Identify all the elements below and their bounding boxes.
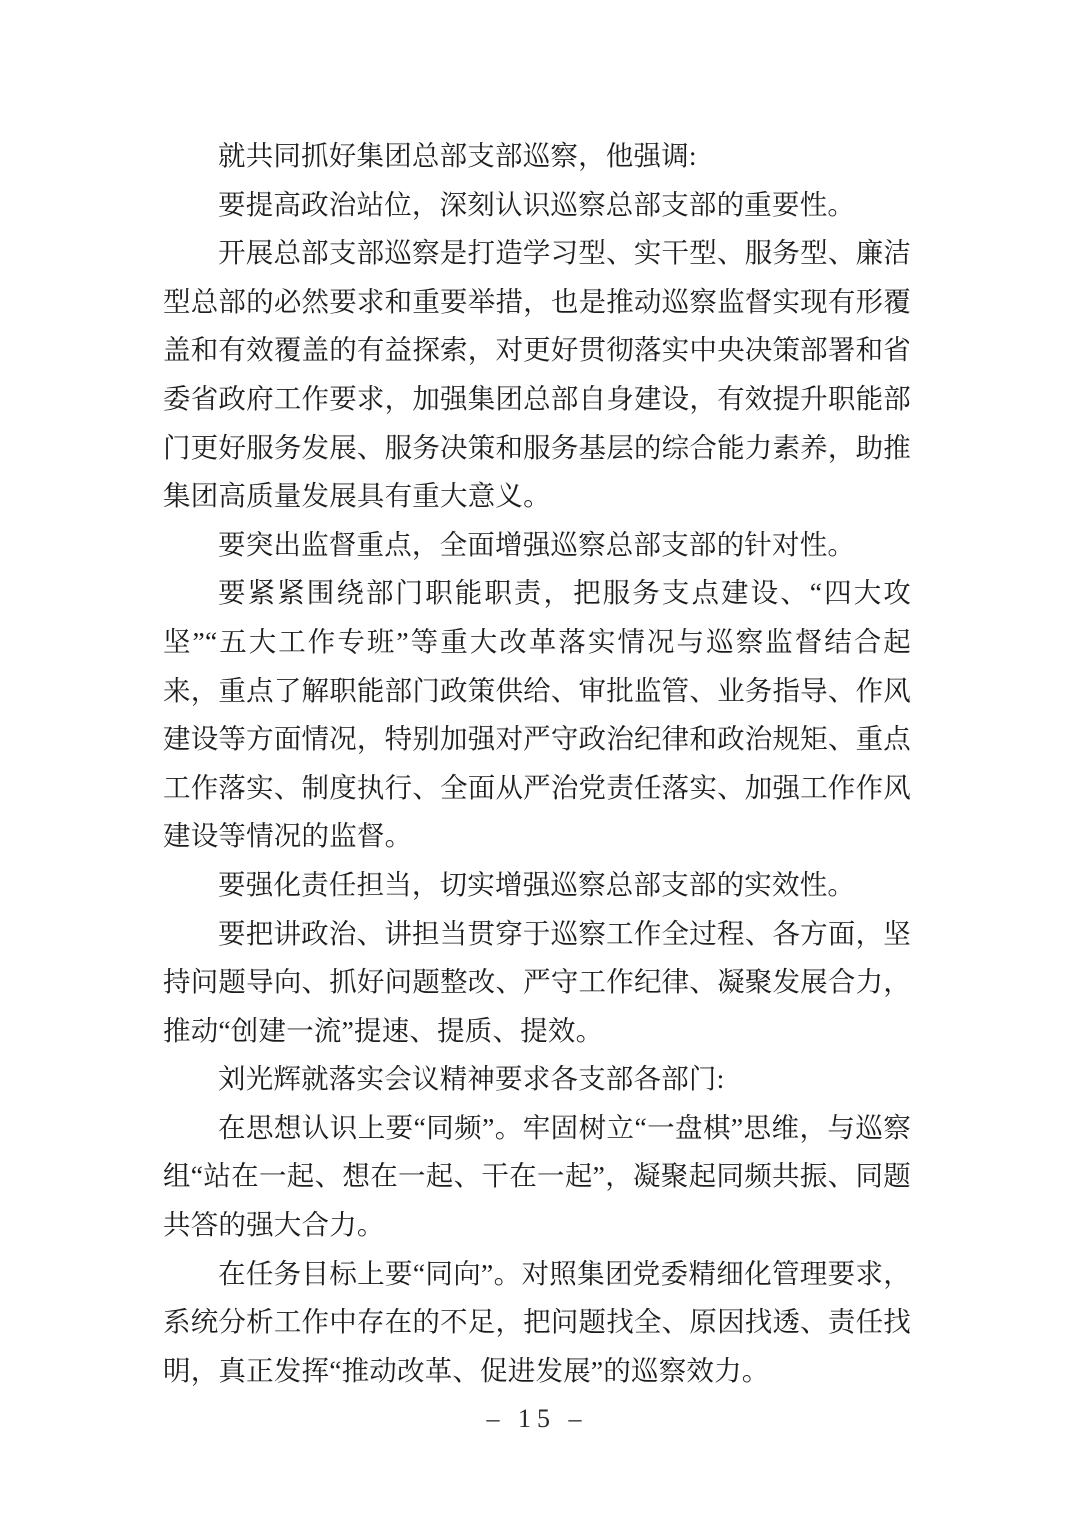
document-body: 就共同抓好集团总部支部巡察，他强调: 要提高政治站位，深刻认识巡察总部支部的重要…: [163, 132, 911, 1395]
paragraph: 要强化责任担当，切实增强巡察总部支部的实效性。: [163, 861, 911, 910]
paragraph: 要紧紧围绕部门职能职责，把服务支点建设、“四大攻坚”“五大工作专班”等重大改革落…: [163, 569, 911, 861]
paragraph: 就共同抓好集团总部支部巡察，他强调:: [163, 132, 911, 181]
paragraph: 开展总部支部巡察是打造学习型、实干型、服务型、廉洁型总部的必然要求和重要举措，也…: [163, 229, 911, 521]
paragraph: 要提高政治站位，深刻认识巡察总部支部的重要性。: [163, 181, 911, 230]
paragraph: 要把讲政治、讲担当贯穿于巡察工作全过程、各方面，坚持问题导向、抓好问题整改、严守…: [163, 910, 911, 1056]
paragraph: 要突出监督重点，全面增强巡察总部支部的针对性。: [163, 521, 911, 570]
paragraph: 刘光辉就落实会议精神要求各支部各部门:: [163, 1055, 911, 1104]
document-page: 就共同抓好集团总部支部巡察，他强调: 要提高政治站位，深刻认识巡察总部支部的重要…: [0, 0, 1074, 1520]
paragraph: 在任务目标上要“同向”。对照集团党委精细化管理要求，系统分析工作中存在的不足，把…: [163, 1250, 911, 1396]
paragraph: 在思想认识上要“同频”。牢固树立“一盘棋”思维，与巡察组“站在一起、想在一起、干…: [163, 1104, 911, 1250]
page-number: – 15 –: [0, 1404, 1074, 1434]
